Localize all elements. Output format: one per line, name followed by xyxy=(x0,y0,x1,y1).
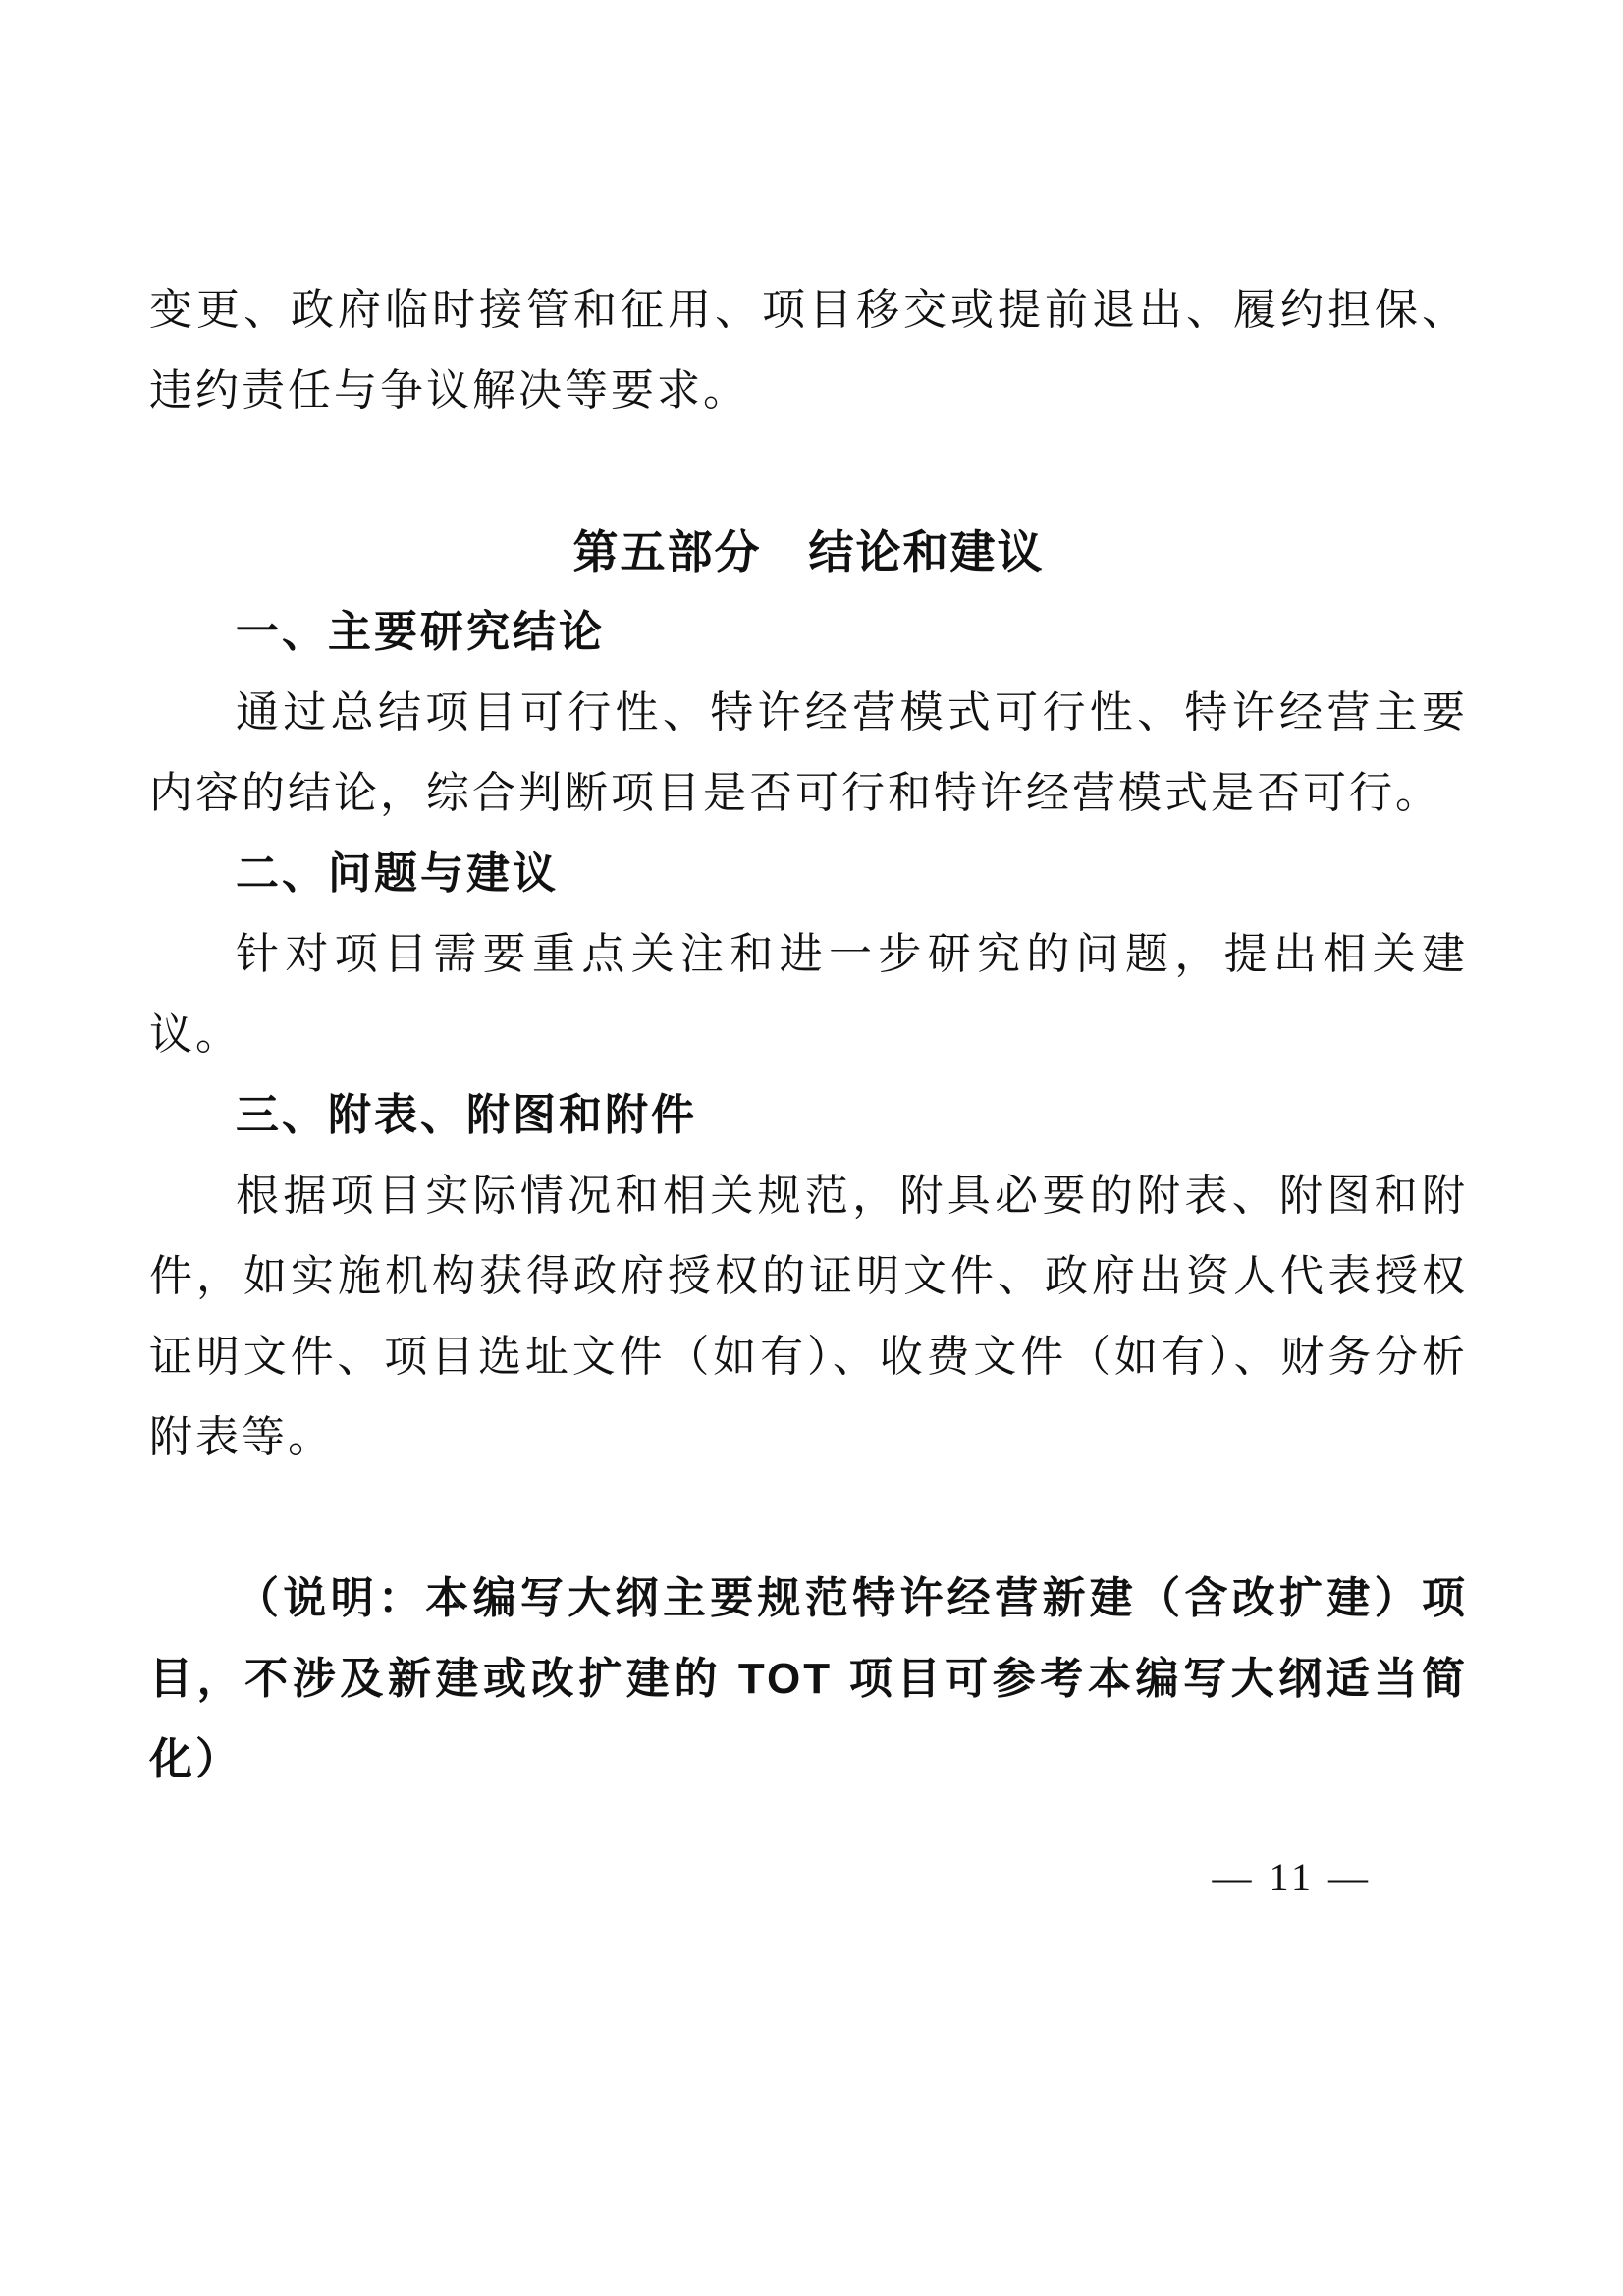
section-body-3: 根据项目实际情况和相关规范，附具必要的附表、附图和附件，如实施机构获得政府授权的… xyxy=(149,1156,1468,1478)
page-number: — 11 — xyxy=(1212,1854,1372,1900)
section-heading-3: 三、附表、附图和附件 xyxy=(149,1075,1468,1156)
section-body-2: 针对项目需要重点关注和进一步研究的问题，提出相关建议。 xyxy=(149,914,1468,1075)
section-body-1: 通过总结项目可行性、特许经营模式可行性、特许经营主要内容的结论，综合判断项目是否… xyxy=(149,673,1468,834)
document-page: 变更、政府临时接管和征用、项目移交或提前退出、履约担保、违约责任与争议解决等要求… xyxy=(0,0,1623,2296)
note-paragraph: （说明：本编写大纲主要规范特许经营新建（含改扩建）项目，不涉及新建或改扩建的 T… xyxy=(149,1558,1468,1800)
carryover-paragraph: 变更、政府临时接管和征用、项目移交或提前退出、履约担保、违约责任与争议解决等要求… xyxy=(149,270,1468,431)
section-heading-1: 一、主要研究结论 xyxy=(149,592,1468,673)
section-heading-2: 二、问题与建议 xyxy=(149,834,1468,914)
part-title: 第五部分 结论和建议 xyxy=(149,512,1468,592)
